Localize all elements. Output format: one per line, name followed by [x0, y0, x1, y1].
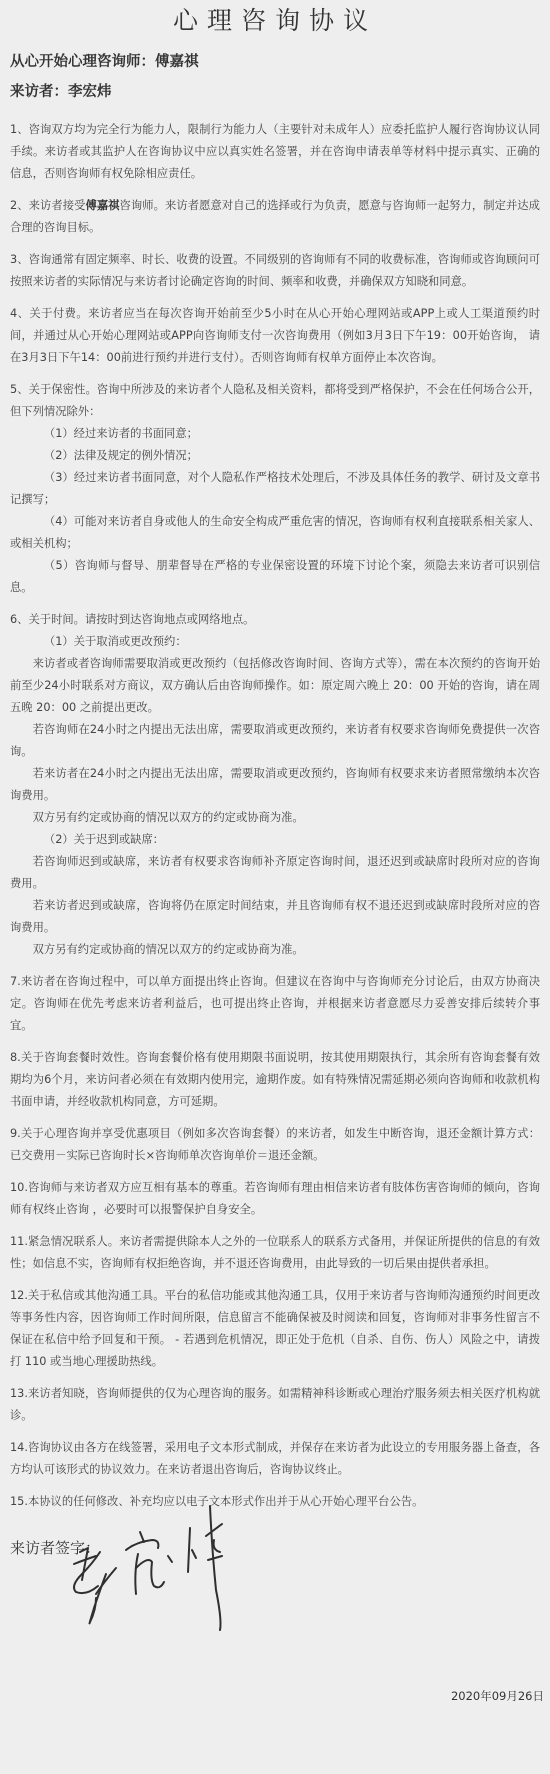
clause-2: 2、来访者接受傅嘉祺咨询师。来访者愿意对自己的选择或行为负责，愿意与咨询师一起努…	[10, 195, 540, 239]
clause-12: 12.关于私信或其他沟通工具。平台的私信功能或其他沟通工具，仅用于来访者与咨询师…	[10, 1285, 540, 1373]
clause-6-sub1-p3: 若来访者在24小时之内提出无法出席，需要取消或更改预约，咨询师有权要求来访者照常…	[10, 763, 540, 807]
clause-6-sub1-p1: 来访者或者咨询师需要取消或更改预约（包括修改咨询时间、咨询方式等），需在本次预约…	[10, 653, 540, 719]
document-title: 心理咨询协议	[10, 0, 540, 43]
clause-13: 13.来访者知晓，咨询师提供的仅为心理咨询的服务。如需精神科诊断或心理治疗服务须…	[10, 1383, 540, 1427]
clause-2-counselor-name: 傅嘉祺	[85, 199, 119, 212]
clause-6-sub1-title: （1）关于取消或更改预约：	[10, 631, 540, 653]
clause-5-item-1: （1）经过来访者的书面同意；	[10, 423, 540, 445]
clause-6-sub2-p3: 双方另有约定或协商的情况以双方的约定或协商为准。	[10, 939, 540, 961]
clause-5-item-2: （2）法律及规定的例外情况；	[10, 445, 540, 467]
clause-3: 3、咨询通常有固定频率、时长、收费的设置。不同级别的咨询师有不同的收费标准，咨询…	[10, 249, 540, 293]
clause-7: 7.来访者在咨询过程中，可以单方面提出终止咨询。但建议在咨询中与咨询师充分讨论后…	[10, 971, 540, 1037]
visitor-label: 来访者：	[10, 84, 68, 100]
clause-10: 10.咨询师与来访者双方应互相有基本的尊重。若咨询师有理由相信来访者有肢体伤害咨…	[10, 1177, 540, 1221]
clause-6-sub1-p4: 双方另有约定或协商的情况以双方的约定或协商为准。	[10, 807, 540, 829]
counselor-name: 傅嘉祺	[155, 54, 199, 70]
counselor-line: 从心开始心理咨询师：傅嘉祺	[10, 47, 540, 77]
signature-date: 2020年09月26日	[451, 1688, 544, 1704]
clause-2-prefix: 2、来访者接受	[10, 199, 85, 212]
clause-6-sub2-p1: 若咨询师迟到或缺席，来访者有权要求咨询师补齐原定咨询时间，退还迟到或缺席时段所对…	[10, 851, 540, 895]
clause-8: 8.关于咨询套餐时效性。咨询套餐价格有使用期限书面说明，按其使用期限执行，其余所…	[10, 1047, 540, 1113]
clause-14: 14.咨询协议由各方在线签署，采用电子文本形式制成，并保存在来访者为此设立的专用…	[10, 1437, 540, 1481]
agreement-page: 心理咨询协议 从心开始心理咨询师：傅嘉祺 来访者：李宏炜 1、咨询双方均为完全行…	[0, 0, 550, 1561]
clause-5-item-3: （3）经过来访者书面同意，对个人隐私作严格技术处理后，不涉及具体任务的教学、研讨…	[10, 467, 540, 511]
clause-6-sub2-title: （2）关于迟到或缺席：	[10, 829, 540, 851]
clause-5-item-4: （4）可能对来访者自身或他人的生命安全构成严重危害的情况，咨询师有权利直接联系相…	[10, 511, 540, 555]
visitor-line: 来访者：李宏炜	[10, 77, 540, 107]
clause-6-intro: 6、关于时间。请按时到达咨询地点或网络地点。	[10, 609, 540, 631]
clause-4: 4、关于付费。来访者应当在每次咨询开始前至少5小时在从心开始心理网站或APP上或…	[10, 303, 540, 369]
counselor-label: 从心开始心理咨询师：	[10, 54, 155, 70]
clause-9: 9.关于心理咨询并享受优惠项目（例如多次咨询套餐）的来访者，如发生中断咨询，退还…	[10, 1123, 540, 1167]
clause-6-sub1-p2: 若咨询师在24小时之内提出无法出席，需要取消或更改预约，来访者有权要求咨询师免费…	[10, 719, 540, 763]
clause-6-sub2-p2: 若来访者迟到或缺席，咨询将仍在原定时间结束，并且咨询师有权不退还迟到或缺席时段所…	[10, 895, 540, 939]
clause-11: 11.紧急情况联系人。来访者需提供除本人之外的一位联系人的联系方式备用，并保证所…	[10, 1231, 540, 1275]
handwritten-signature-image	[40, 1490, 260, 1650]
clause-5-intro: 5、关于保密性。咨询中所涉及的来访者个人隐私及相关资料，都将受到严格保护，不会在…	[10, 379, 540, 423]
clause-5-item-5: （5）咨询师与督导、朋辈督导在严格的专业保密设置的环境下讨论个案，须隐去来访者可…	[10, 555, 540, 599]
clause-5: 5、关于保密性。咨询中所涉及的来访者个人隐私及相关资料，都将受到严格保护，不会在…	[10, 379, 540, 599]
visitor-name: 李宏炜	[68, 84, 112, 100]
clause-1: 1、咨询双方均为完全行为能力人，限制行为能力人（主要针对未成年人）应委托监护人履…	[10, 119, 540, 185]
clause-6: 6、关于时间。请按时到达咨询地点或网络地点。 （1）关于取消或更改预约： 来访者…	[10, 609, 540, 961]
